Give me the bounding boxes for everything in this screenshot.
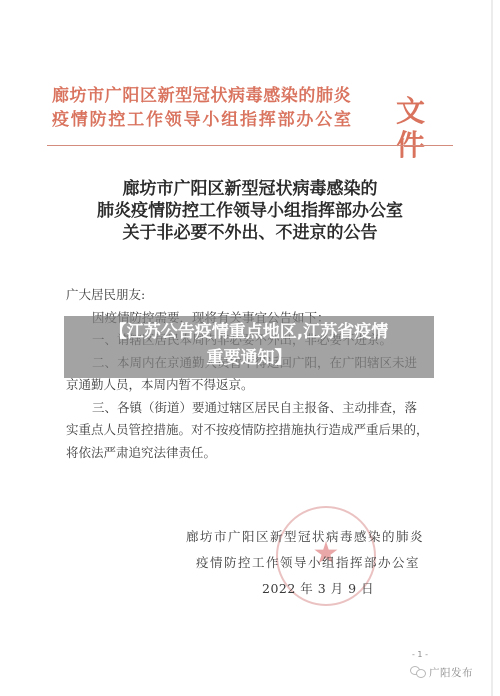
signature-block: 廊坊市广阳区新型冠状病毒感染的肺炎 疫情防控工作领导小组指挥部办公室 2022 … xyxy=(186,524,426,602)
signature-date: 2022 年 3 月 9 日 xyxy=(186,576,426,602)
headline-overlay-banner: 【江苏公告疫情重点地区,江苏省疫情 重要通知】 xyxy=(64,316,434,378)
notice-title: 廊坊市广阳区新型冠状病毒感染的 肺炎疫情防控工作领导小组指挥部办公室 关于非必要… xyxy=(80,178,420,244)
body-item-3-cont: 实重点人员管控措施。对不按疫情防控措施执行造成严重后果的， xyxy=(66,419,436,442)
page-edge-divider xyxy=(491,0,493,696)
notice-title-line-1: 廊坊市广阳区新型冠状病毒感染的 xyxy=(80,178,420,200)
headline-overlay-text: 【江苏公告疫情重点地区,江苏省疫情 重要通知】 xyxy=(64,319,434,371)
notice-title-line-2: 肺炎疫情防控工作领导小组指挥部办公室 xyxy=(80,200,420,222)
wechat-icon xyxy=(410,665,426,679)
page-number: - 1 - xyxy=(412,650,428,659)
notice-title-line-3: 关于非必要不外出、不进京的公告 xyxy=(80,222,420,244)
body-item-3-end: 将依法严肃追究法律责任。 xyxy=(66,442,436,465)
source-watermark: 广阳发布 xyxy=(410,664,473,680)
watermark-text: 广阳发布 xyxy=(429,665,473,680)
letterhead-org-line-2: 疫情防控工作领导小组指挥部办公室 xyxy=(52,110,353,130)
signature-org-line-2: 疫情防控工作领导小组指挥部办公室 xyxy=(186,550,426,576)
headline-line-1: 【江苏公告疫情重点地区,江苏省疫情 xyxy=(64,319,434,345)
headline-line-2: 重要通知】 xyxy=(64,345,434,371)
letterhead-org-line-1: 廊坊市广阳区新型冠状病毒感染的肺炎 xyxy=(52,86,351,106)
letterhead-doc-label: 文件 xyxy=(396,94,452,162)
signature-org-line-1: 廊坊市广阳区新型冠状病毒感染的肺炎 xyxy=(186,524,426,550)
red-letterhead: 廊坊市广阳区新型冠状病毒感染的肺炎 疫情防控工作领导小组指挥部办公室 文件 xyxy=(52,86,452,146)
letterhead-divider xyxy=(47,145,453,146)
document-page: 廊坊市广阳区新型冠状病毒感染的肺炎 疫情防控工作领导小组指挥部办公室 文件 廊坊… xyxy=(0,0,500,696)
salutation: 广大居民朋友: xyxy=(66,284,436,307)
body-item-3: 三、各镇（街道）要通过辖区居民自主报备、主动排查，落 xyxy=(66,397,436,420)
